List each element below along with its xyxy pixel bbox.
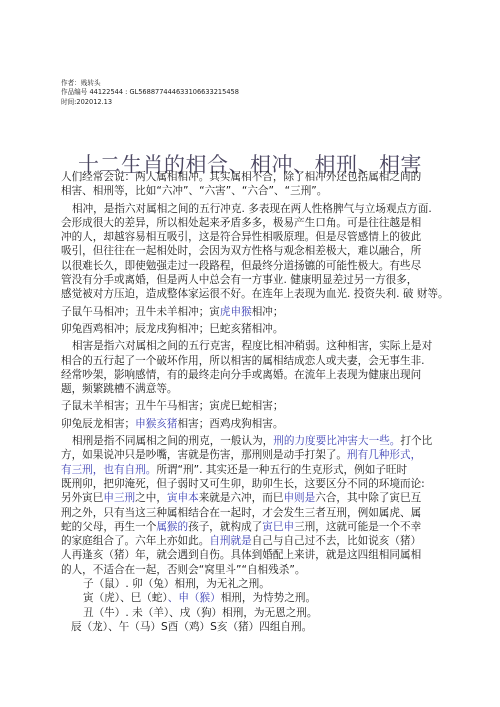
- text-run: 孩子，就构成了: [188, 521, 262, 533]
- text-line: 的家庭组合了。六年上亦如此。自刑就是自己与自己过不去，比如说亥（猪）: [61, 534, 446, 548]
- text-run: 相刑，为恃势之刑。: [221, 592, 316, 604]
- highlighted-text: 有三刑，也有自刑。: [61, 464, 156, 476]
- text-run: 冲的人，却越容易相互吸引，这是符合异性相吸原理。但是尽管感情上的彼此: [61, 231, 421, 243]
- text-run: 子（鼠）. 卯（兔）相刑，为无礼之刑。: [83, 578, 270, 590]
- text-run: 寅（虎）、巳（蛇）: [83, 592, 168, 604]
- text-line: 蛇的父母，再生一个属猴的孩子，就构成了寅巳申三刑，这就可能是一个不幸: [61, 520, 446, 534]
- text-run: 相害；酉鸡戌狗相害。: [178, 418, 284, 430]
- article-body: 人们经常会说：两人属相相冲。其实属相不合，除了相冲外还包括属相之间的相害、相刑等…: [61, 170, 446, 634]
- text-line: 的人，不适合在一起，否则会“窝里斗”“自相残杀”。: [61, 563, 446, 577]
- author-line: 作者：贱转头: [61, 79, 239, 88]
- text-run: 方，如果说冲只是吵嘴，害就是伤害，那刑则是动手打架了。: [61, 449, 347, 461]
- text-line: 方，如果说冲只是吵嘴，害就是伤害，那刑则是动手打架了。刑有几种形式，: [61, 448, 446, 462]
- text-line: 相刑是指不同属相之间的刑克，一般认为，刑的力度要比冲害大一些。打个比: [61, 434, 446, 448]
- text-run: 打个比: [400, 435, 432, 447]
- text-run: 六合，其中除了寅巳互: [315, 492, 421, 504]
- text-run: 刑之外，只有当这三种属相结合在一起时，才会发生三者互刑，例如属虎、属: [61, 507, 421, 519]
- text-line: 另外寅巳申三刑之中，寅申本来就是六冲，而巳申则是六合，其中除了寅巳互: [61, 491, 446, 505]
- document-meta: 作者：贱转头 作品编号 44122544 : GL568877444633106…: [61, 79, 239, 107]
- text-line: 以很难长久，即使勉强走过一段路程，但最终分道扬镳的可能性极大。有些尽: [61, 259, 446, 273]
- text-line: 卯兔辰龙相害；申猴亥猪相害；酉鸡戌狗相害。: [61, 417, 446, 431]
- highlighted-text: 申三刑: [103, 492, 135, 504]
- highlighted-text: 虎申猴: [220, 306, 252, 318]
- text-line: 刑之外，只有当这三种属相结合在一起时，才会发生三者互刑，例如属虎、属: [61, 506, 446, 520]
- text-line: 辰（龙）、午（马）S酉（鸡）S亥（猪）四组自刑。: [61, 620, 446, 634]
- text-run: 相害、相刑等，比如“六冲”、“六害”、“六合”、“三刑”。: [61, 185, 327, 197]
- highlighted-text: 属猴的: [156, 521, 188, 533]
- text-run: 之中，: [135, 492, 167, 504]
- text-run: 题，频繁跳槽不满意等。: [61, 383, 178, 395]
- text-line: 经常吵架，影响感情，有的最终走向分手或离婚。在流年上表现为健康出现问: [61, 368, 446, 382]
- highlighted-text: 申则是: [283, 492, 315, 504]
- text-run: 相刑是指不同属相之间的刑克，一般认为，: [72, 435, 273, 447]
- text-run: 子鼠午马相冲；丑牛未羊相冲；寅: [61, 306, 220, 318]
- text-run: 丑（牛）. 未（羊）、戌（狗）相刑，为无恩之刑。: [83, 607, 318, 619]
- text-run: 感觉被对方压迫，造成整体家运很不好。在连年上表现为血光. 投资失利. 破 财等。: [61, 288, 449, 300]
- text-run: 经常吵架，影响感情，有的最终走向分手或离婚。在流年上表现为健康出现问: [61, 369, 421, 381]
- text-run: 来就是六冲，而巳: [199, 492, 284, 504]
- text-run: 人们经常会说：两人属相相冲。其实属相不合，除了相冲外还包括属相之间的: [61, 171, 421, 183]
- text-line: 丑（牛）. 未（羊）、戌（狗）相刑，为无恩之刑。: [61, 606, 446, 620]
- text-run: 辰（龙）、午（马）S酉（鸡）S亥（猪）四组自刑。: [71, 621, 312, 633]
- text-run: 相冲，是指六对属相之间的五行冲克. 多表现在两人性格脾气与立场观点方面.: [72, 203, 432, 215]
- text-run: 自己与自己过不去，比如说亥（猪）: [252, 535, 422, 547]
- text-line: 会形成很大的差异，所以相处起来矛盾多多，极易产生口角。可是往往越是相: [61, 216, 446, 230]
- highlighted-text: 刑的力度要比冲害大一些。: [273, 435, 400, 447]
- text-line: 寅（虎）、巳（蛇）、申（猴）相刑，为恃势之刑。: [61, 591, 446, 605]
- text-line: 相合的五行起了一个破坏作用，所以相害的属相结成恋人或夫妻，会无事生非.: [61, 354, 446, 368]
- text-line: 人们经常会说：两人属相相冲。其实属相不合，除了相冲外还包括属相之间的: [61, 170, 446, 184]
- text-run: 卯兔酉鸡相冲；辰龙戌狗相冲；巳蛇亥猪相冲。: [61, 323, 283, 335]
- text-run: 人再逢亥（猪）年，就会遇到自伤。具体到婚配上来讲，就是这四组相同属相: [61, 549, 421, 561]
- highlighted-text: 刑有几种形式，: [347, 449, 421, 461]
- highlighted-text: 、申（猴）: [168, 592, 221, 604]
- work-id-line: 作品编号 44122544 : GL5688774446331066332154…: [61, 88, 239, 97]
- highlighted-text: 申猴亥猪: [135, 418, 177, 430]
- text-line: 子鼠午马相冲；丑牛未羊相冲；寅虎申猴相冲；: [61, 305, 446, 319]
- text-run: 所谓“刑”. 其实还是一种五行的生克形式，例如子旺时: [156, 464, 407, 476]
- text-run: 的家庭组合了。六年上亦如此。: [61, 535, 209, 547]
- text-run: 的人，不适合在一起，否则会“窝里斗”“自相残杀”。: [61, 564, 305, 576]
- text-run: 既刑卯，把卯淹死，但子弱时又可生卯，助卯生长，这要区分不同的环境而论:: [61, 478, 425, 490]
- text-run: 子鼠未羊相害；丑牛午马相害；寅虎巳蛇相害；: [61, 400, 283, 412]
- text-run: 三刑，这就可能是一个不幸: [294, 521, 421, 533]
- highlighted-text: 自刑就是: [209, 535, 251, 547]
- text-run: 会形成很大的差异，所以相处起来矛盾多多，极易产生口角。可是往往越是相: [61, 217, 421, 229]
- text-line: 人再逢亥（猪）年，就会遇到自伤。具体到婚配上来讲，就是这四组相同属相: [61, 548, 446, 562]
- text-run: 管没有分手或离婚，但是两人中总会有一方事业. 健康明显差过另一方很多，: [61, 274, 417, 286]
- text-line: 子（鼠）. 卯（兔）相刑，为无礼之刑。: [61, 577, 446, 591]
- highlighted-text: 寅申本: [167, 492, 199, 504]
- text-line: 有三刑，也有自刑。所谓“刑”. 其实还是一种五行的生克形式，例如子旺时: [61, 463, 446, 477]
- text-line: 卯兔酉鸡相冲；辰龙戌狗相冲；巳蛇亥猪相冲。: [61, 322, 446, 336]
- text-line: 吸引，但往往在一起相处时，会因为双方性格与观念相差极大，难以融合，所: [61, 244, 446, 258]
- text-run: 以很难长久，即使勉强走过一段路程，但最终分道扬镳的可能性极大。有些尽: [61, 260, 421, 272]
- text-run: 相合的五行起了一个破坏作用，所以相害的属相结成恋人或夫妻，会无事生非.: [61, 355, 425, 367]
- text-line: 子鼠未羊相害；丑牛午马相害；寅虎巳蛇相害；: [61, 399, 446, 413]
- text-run: 卯兔辰龙相害；: [61, 418, 135, 430]
- text-run: 另外寅巳: [61, 492, 103, 504]
- text-line: 题，频繁跳槽不满意等。: [61, 382, 446, 396]
- text-line: 冲的人，却越容易相互吸引，这是符合异性相吸原理。但是尽管感情上的彼此: [61, 230, 446, 244]
- text-line: 管没有分手或离婚，但是两人中总会有一方事业. 健康明显差过另一方很多，: [61, 273, 446, 287]
- text-line: 相害、相刑等，比如“六冲”、“六害”、“六合”、“三刑”。: [61, 184, 446, 198]
- text-line: 感觉被对方压迫，造成整体家运很不好。在连年上表现为血光. 投资失利. 破 财等。: [61, 287, 446, 301]
- highlighted-text: 寅巳申: [262, 521, 294, 533]
- text-run: 吸引，但往往在一起相处时，会因为双方性格与观念相差极大，难以融合，所: [61, 245, 421, 257]
- text-run: 蛇的父母，再生一个: [61, 521, 156, 533]
- text-run: 相冲；: [252, 306, 284, 318]
- time-line: 时间:202012.13: [61, 98, 239, 107]
- text-run: 相害是指六对属相之间的五行克害，程度比相冲稍弱。这种相害，实际上是对: [72, 340, 432, 352]
- text-line: 相冲，是指六对属相之间的五行冲克. 多表现在两人性格脾气与立场观点方面.: [61, 202, 446, 216]
- text-line: 相害是指六对属相之间的五行克害，程度比相冲稍弱。这种相害，实际上是对: [61, 339, 446, 353]
- text-line: 既刑卯，把卯淹死，但子弱时又可生卯，助卯生长，这要区分不同的环境而论:: [61, 477, 446, 491]
